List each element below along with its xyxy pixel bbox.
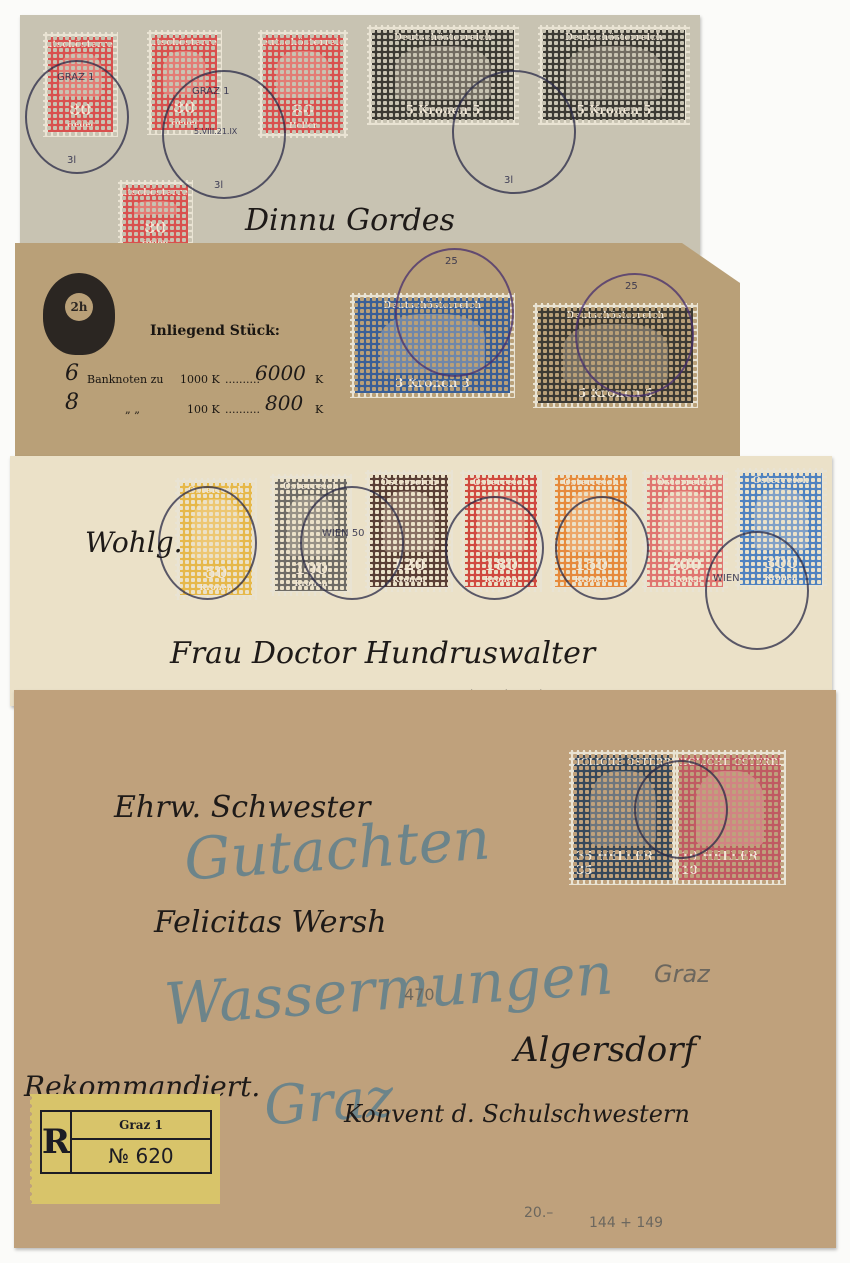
stamp-value: 5 Kronen 5 bbox=[577, 103, 652, 117]
stamp-unit: Heller bbox=[289, 120, 317, 130]
stamp-header: Österreich bbox=[283, 482, 339, 492]
wheat-icon bbox=[192, 499, 240, 560]
stamp-value: 120 bbox=[392, 555, 425, 574]
stamp-value: 3 Kronen 3 bbox=[395, 376, 470, 390]
stamp-80-heller: Deutschösterreich80Heller bbox=[43, 32, 118, 137]
stamp-value: 300 bbox=[764, 553, 797, 572]
stamp-unit: Kronen bbox=[294, 578, 327, 588]
stamp-5-kronen: Deutschösterreich5 Kronen 5 bbox=[533, 303, 698, 408]
cover-4: KAISERLICH KÖNIGLICHE ÖSTERREICHISCHE PO… bbox=[14, 690, 836, 1248]
stamp-header: Deutschösterreich bbox=[106, 188, 204, 198]
pencil-price: 20.– bbox=[524, 1205, 553, 1221]
cover-2: 2h Inliegend Stück: 6 Banknoten zu 1000 … bbox=[15, 243, 740, 465]
addressee-line: Ehrw. Schwester bbox=[114, 790, 370, 825]
eagle-arms-icon bbox=[276, 51, 329, 98]
parliament-icon bbox=[566, 46, 663, 100]
stamp-80-heller: Deutschösterreich80Heller bbox=[147, 30, 222, 135]
printed-heading: Inliegend Stück: bbox=[150, 323, 280, 339]
eagle-arms-icon bbox=[163, 51, 206, 95]
stamp-header: Deutschösterreich bbox=[566, 311, 664, 321]
registration-office: Graz 1 bbox=[72, 1112, 210, 1140]
stamp-header: Österreich bbox=[563, 478, 619, 488]
stamp-10-heller: KAISERLICH KÖNIGLICHE ÖSTERREICHISCHE PO… bbox=[674, 750, 786, 885]
pencil-catalog-note: 144 + 149 bbox=[589, 1215, 663, 1231]
addressee-line: Algersdorf bbox=[514, 1030, 696, 1070]
stamp-header: Österreich bbox=[473, 478, 529, 488]
stamp-header: Österreich bbox=[381, 478, 437, 488]
stamp-unit: Kronen bbox=[764, 572, 797, 582]
stamp-value: 80 bbox=[69, 100, 91, 119]
registration-number: № 620 bbox=[72, 1140, 210, 1172]
stamp-header: Deutschösterreich bbox=[254, 38, 352, 48]
stamp-header: Deutschösterreich bbox=[565, 33, 663, 43]
stamp-150-kronen: Österreich150Kronen bbox=[550, 470, 632, 592]
stamp-50-kronen: Österreich50Kronen bbox=[175, 478, 257, 600]
stamp-header: Deutschösterreich bbox=[394, 33, 492, 43]
pencil-note: Graz bbox=[654, 960, 710, 988]
blue-crayon-handwriting: Wassermungen bbox=[162, 939, 615, 1038]
stamp-200-kronen: Österreich200Kronen bbox=[642, 470, 728, 592]
stamp-unit: Kronen bbox=[668, 574, 701, 584]
wheat-icon bbox=[754, 489, 809, 550]
stamp-value: 80 bbox=[173, 98, 195, 117]
stamp-value: 35 HELLER 35 bbox=[576, 849, 670, 877]
wheat-icon bbox=[567, 491, 615, 552]
portrait-icon bbox=[590, 771, 656, 846]
registration-label: R Graz 1 № 620 bbox=[30, 1094, 220, 1204]
stamp-unit: Heller bbox=[170, 117, 198, 127]
stamp-unit: Heller bbox=[66, 119, 94, 129]
stamp-value: 100 bbox=[294, 559, 327, 578]
pencil-note: 470 bbox=[404, 985, 435, 1004]
addressee-line: Felicitas Wersh bbox=[154, 905, 387, 940]
stamp-unit: Kronen bbox=[484, 574, 517, 584]
wheat-icon bbox=[383, 491, 435, 552]
stamp-35-heller: KAISERLICH KÖNIGLICHE ÖSTERREICHISCHE PO… bbox=[569, 750, 677, 885]
wheat-icon bbox=[477, 491, 525, 552]
parliament-icon bbox=[563, 324, 669, 383]
stamp-value: 50 bbox=[205, 563, 227, 582]
stamp-header: Deutschösterreich bbox=[31, 40, 129, 50]
stamp-value: 5 Kronen 5 bbox=[406, 103, 481, 117]
portrait-icon bbox=[696, 771, 765, 846]
stamp-value: 10 HELLER 10 bbox=[681, 849, 779, 877]
stamp-80-heller: Deutschösterreich80Heller bbox=[258, 30, 348, 138]
stamp-header: Deutschösterreich bbox=[383, 301, 481, 311]
stamp-value: 80 bbox=[292, 101, 314, 120]
stamp-value: 80 bbox=[144, 218, 166, 237]
parliament-icon bbox=[380, 314, 486, 373]
posthorn-logo-icon: 2h bbox=[43, 273, 115, 355]
stamp-value: 200 bbox=[668, 555, 701, 574]
stamp-100-kronen: Österreich100Kronen bbox=[270, 474, 352, 596]
cover-1: Deutschösterreich80HellerDeutschösterrei… bbox=[20, 15, 700, 255]
recipient-handwriting: Dinnu Gordes bbox=[245, 203, 455, 238]
stamp-5-kronen: Deutschösterreich5 Kronen 5 bbox=[367, 25, 519, 125]
stamp-unit: Kronen bbox=[392, 574, 425, 584]
stamp-180-kronen: Österreich180Kronen bbox=[460, 470, 542, 592]
stamp-unit: Kronen bbox=[574, 574, 607, 584]
stamp-header: Deutschösterreich bbox=[135, 38, 233, 48]
eagle-arms-icon bbox=[59, 53, 102, 97]
stamp-header: Österreich bbox=[657, 478, 713, 488]
addressee-line: Konvent d. Schulschwestern bbox=[344, 1100, 690, 1128]
stamp-value: 180 bbox=[484, 555, 517, 574]
stamp-3-kronen: Deutschösterreich3 Kronen 3 bbox=[350, 293, 515, 398]
stamp-5-kronen: Deutschösterreich5 Kronen 5 bbox=[538, 25, 690, 125]
cover-3: Österreich50KronenÖsterreich100KronenÖst… bbox=[10, 456, 832, 706]
parliament-icon bbox=[395, 46, 492, 100]
eagle-arms-icon bbox=[134, 201, 177, 215]
wheat-icon bbox=[660, 491, 710, 552]
stamp-120-kronen: Österreich120Kronen bbox=[365, 470, 453, 592]
wheat-icon bbox=[287, 495, 335, 556]
stamp-header: Österreich bbox=[753, 476, 809, 486]
stamp-300-kronen: Österreich300Kronen bbox=[735, 468, 827, 590]
stamp-value: 150 bbox=[574, 555, 607, 574]
stamp-header: Österreich bbox=[188, 486, 244, 496]
registration-letter: R bbox=[42, 1112, 72, 1172]
stamp-unit: Kronen bbox=[199, 582, 232, 592]
salutation-handwriting: Wohlg. bbox=[85, 526, 183, 559]
recipient-handwriting: Frau Doctor Hundruswalter bbox=[170, 636, 595, 671]
stamp-value: 5 Kronen 5 bbox=[578, 386, 653, 400]
